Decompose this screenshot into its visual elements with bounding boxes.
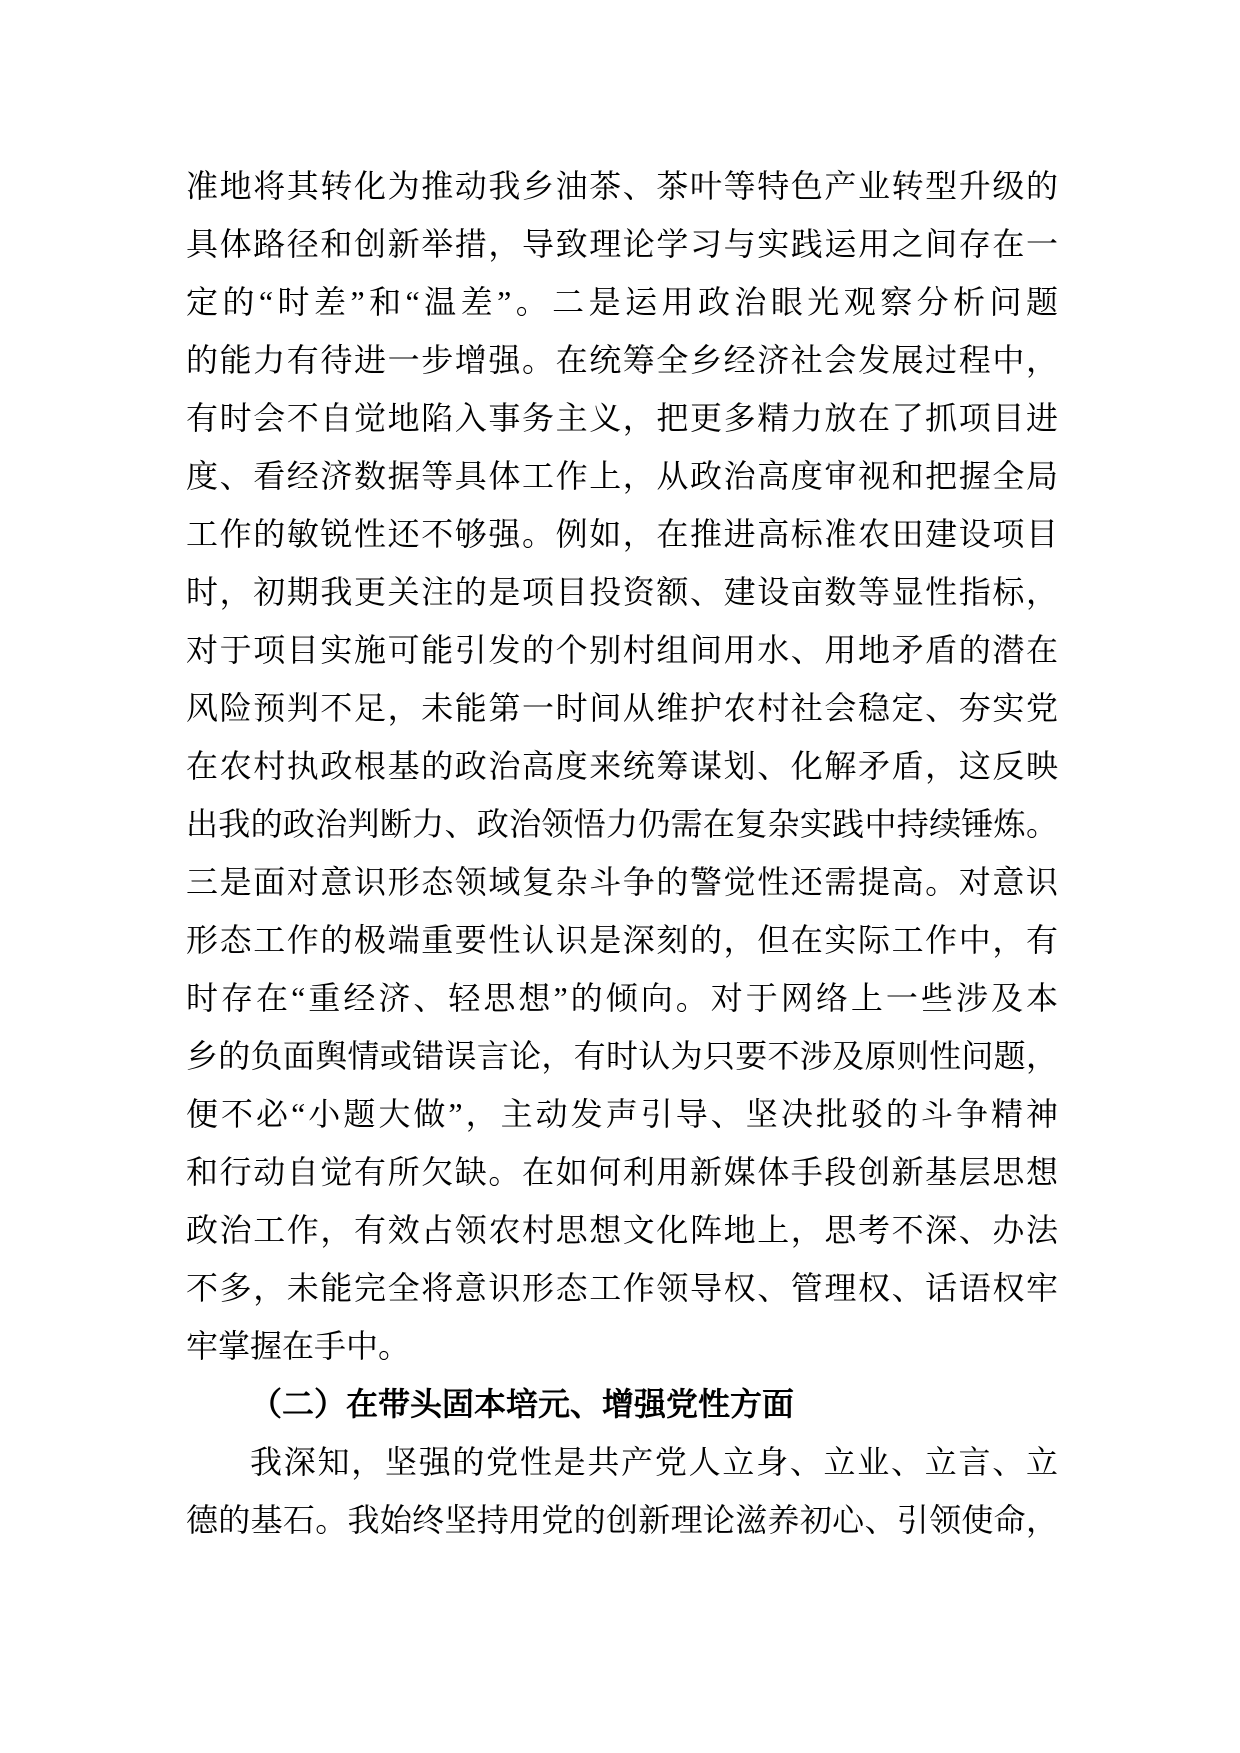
text-line: 不多，未能完全将意识形态工作领导权、管理权、话语权牢 (186, 1259, 1058, 1317)
text-line: 三是面对意识形态领域复杂斗争的警觉性还需提高。对意识 (186, 853, 1058, 911)
text-line: 定的“时差”和“温差”。二是运用政治眼光观察分析问题 (186, 273, 1058, 331)
text-line: 牢掌握在手中。 (186, 1317, 1058, 1375)
text-line: 准地将其转化为推动我乡油茶、茶叶等特色产业转型升级的 (186, 157, 1058, 215)
text-line: 度、看经济数据等具体工作上，从政治高度审视和把握全局 (186, 447, 1058, 505)
text-line: 具体路径和创新举措，导致理论学习与实践运用之间存在一 (186, 215, 1058, 273)
section-heading: （二）在带头固本培元、增强党性方面 (186, 1375, 1058, 1433)
text-line: 在农村执政根基的政治高度来统筹谋划、化解矛盾，这反映 (186, 737, 1058, 795)
text-line: 出我的政治判断力、政治领悟力仍需在复杂实践中持续锤炼。 (186, 795, 1058, 853)
document-page: 准地将其转化为推动我乡油茶、茶叶等特色产业转型升级的具体路径和创新举措，导致理论… (0, 0, 1240, 1753)
document-body: 准地将其转化为推动我乡油茶、茶叶等特色产业转型升级的具体路径和创新举措，导致理论… (186, 157, 1058, 1549)
text-line: 便不必“小题大做”，主动发声引导、坚决批驳的斗争精神 (186, 1085, 1058, 1143)
text-line: 风险预判不足，未能第一时间从维护农村社会稳定、夯实党 (186, 679, 1058, 737)
text-line: 工作的敏锐性还不够强。例如，在推进高标准农田建设项目 (186, 505, 1058, 563)
paragraph-continuation: 准地将其转化为推动我乡油茶、茶叶等特色产业转型升级的具体路径和创新举措，导致理论… (186, 157, 1058, 1375)
text-line: 的能力有待进一步增强。在统筹全乡经济社会发展过程中， (186, 331, 1058, 389)
text-line: 德的基石。我始终坚持用党的创新理论滋养初心、引领使命， (186, 1491, 1058, 1549)
text-line: 乡的负面舆情或错误言论，有时认为只要不涉及原则性问题， (186, 1027, 1058, 1085)
text-line: 形态工作的极端重要性认识是深刻的，但在实际工作中，有 (186, 911, 1058, 969)
text-line: 我深知，坚强的党性是共产党人立身、立业、立言、立 (186, 1433, 1058, 1491)
text-line: 时存在“重经济、轻思想”的倾向。对于网络上一些涉及本 (186, 969, 1058, 1027)
text-line: 时，初期我更关注的是项目投资额、建设亩数等显性指标， (186, 563, 1058, 621)
text-line: 对于项目实施可能引发的个别村组间用水、用地矛盾的潜在 (186, 621, 1058, 679)
text-line: 有时会不自觉地陷入事务主义，把更多精力放在了抓项目进 (186, 389, 1058, 447)
text-line: 和行动自觉有所欠缺。在如何利用新媒体手段创新基层思想 (186, 1143, 1058, 1201)
paragraph-new: 我深知，坚强的党性是共产党人立身、立业、立言、立德的基石。我始终坚持用党的创新理… (186, 1433, 1058, 1549)
text-line: 政治工作，有效占领农村思想文化阵地上，思考不深、办法 (186, 1201, 1058, 1259)
